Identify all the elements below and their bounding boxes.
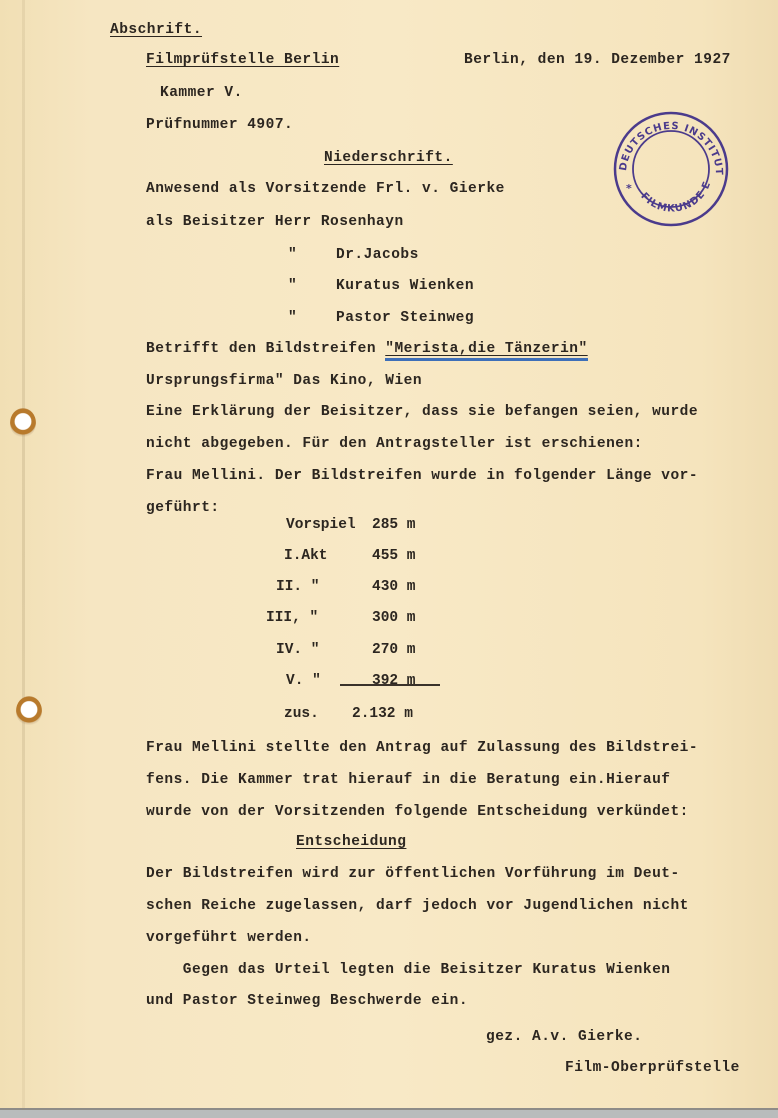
body-line: Frau Mellini. Der Bildstreifen wurde in … [146, 468, 698, 484]
appeal-line: Gegen das Urteil legten die Beisitzer Ku… [146, 962, 670, 978]
length-part: Vorspiel [286, 517, 356, 533]
document-page: Abschrift. Filmprüfstelle Berlin Berlin,… [0, 0, 778, 1110]
length-part: zus. [284, 706, 319, 722]
decision-line: Der Bildstreifen wird zur öffentlichen V… [146, 866, 680, 882]
chair-line: Anwesend als Vorsitzende Frl. v. Gierke [146, 181, 505, 197]
body-line: Eine Erklärung der Beisitzer, dass sie b… [146, 404, 698, 420]
length-value: 300 m [372, 610, 416, 626]
appeal-line: und Pastor Steinweg Beschwerde ein. [146, 993, 468, 1009]
decision-line: schen Reiche zugelassen, darf jedoch vor… [146, 898, 689, 914]
document-title: Niederschrift. [324, 150, 453, 166]
body-line: geführt: [146, 500, 220, 516]
decision-line: vorgeführt werden. [146, 930, 312, 946]
length-part: III, " [266, 610, 318, 626]
copy-label: Abschrift. [110, 22, 202, 38]
decision-heading: Entscheidung [296, 834, 406, 850]
signature: gez. A.v. Gierke. [486, 1029, 642, 1045]
body-line: wurde von der Vorsitzenden folgende Ents… [146, 804, 689, 820]
signature-authority: Film-Oberprüfstelle [565, 1060, 740, 1076]
assessor-name: Dr.Jacobs [336, 247, 419, 263]
origin-line: Ursprungsfirma" Das Kino, Wien [146, 373, 422, 389]
svg-text:DEUTSCHES INSTITUT FÜR: DEUTSCHES INSTITUT FÜR [612, 110, 724, 176]
assessor-ditto: " [288, 278, 297, 294]
length-part: I.Akt [284, 548, 328, 564]
date-line: Berlin, den 19. Dezember 1927 [464, 52, 731, 68]
punch-hole-bottom [16, 696, 42, 726]
punch-hole-top [10, 408, 36, 438]
length-part: II. " [276, 579, 320, 595]
sum-rule [340, 684, 440, 686]
assessor-line: als Beisitzer Herr Rosenhayn [146, 214, 404, 230]
exam-number: Prüfnummer 4907. [146, 117, 293, 133]
assessor-name: Pastor Steinweg [336, 310, 474, 326]
institute-stamp-icon: DEUTSCHES INSTITUT FÜR FILMKUNDE E. V. * [612, 110, 730, 228]
subject-prefix: Betrifft den Bildstreifen [146, 341, 385, 357]
length-value: 2.132 m [352, 706, 413, 722]
assessor-ditto: " [288, 310, 297, 326]
length-value: 392 m [372, 673, 416, 689]
subject-line: Betrifft den Bildstreifen "Merista,die T… [146, 341, 588, 357]
svg-text:*: * [626, 182, 632, 195]
film-title: "Merista,die Tänzerin" [385, 341, 587, 361]
length-value: 430 m [372, 579, 416, 595]
assessor-ditto: " [288, 247, 297, 263]
length-value: 270 m [372, 642, 416, 658]
length-value: 285 m [372, 517, 416, 533]
length-part: IV. " [276, 642, 320, 658]
office-name: Filmprüfstelle Berlin [146, 52, 339, 68]
assessor-name: Kuratus Wienken [336, 278, 474, 294]
body-line: Frau Mellini stellte den Antrag auf Zula… [146, 740, 698, 756]
chamber: Kammer V. [160, 85, 243, 101]
body-line: nicht abgegeben. Für den Antragsteller i… [146, 436, 643, 452]
body-line: fens. Die Kammer trat hierauf in die Ber… [146, 772, 670, 788]
length-value: 455 m [372, 548, 416, 564]
length-part: V. " [286, 673, 321, 689]
